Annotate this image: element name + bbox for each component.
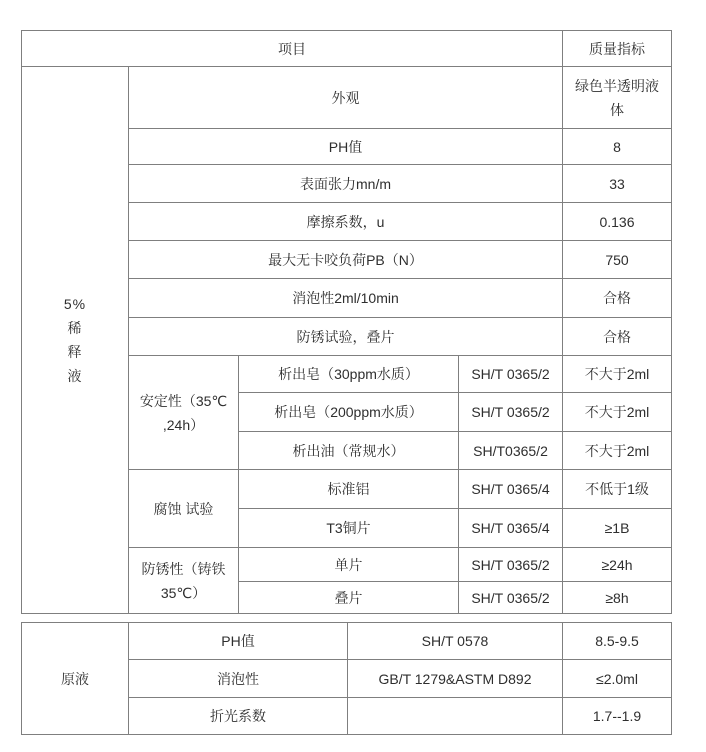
- value-cell: 不大于2ml: [563, 356, 672, 393]
- item-cell: 消泡性: [129, 660, 348, 698]
- method-cell: SH/T 0365/2: [459, 582, 563, 614]
- item-cell: PH值: [129, 623, 348, 660]
- method-cell: [348, 698, 563, 735]
- method-cell: SH/T0365/2: [459, 432, 563, 470]
- item-cell: 防锈试验，叠片: [129, 318, 563, 356]
- item-cell: PH值: [129, 129, 563, 165]
- group-label-corrosion: 腐蚀 试验: [129, 470, 239, 548]
- value-cell: ≥24h: [563, 548, 672, 582]
- item-cell: 叠片: [239, 582, 459, 614]
- group-label-dilution: 5% 稀 释 液: [22, 67, 129, 614]
- item-cell: 折光系数: [129, 698, 348, 735]
- value-cell: 不大于2ml: [563, 432, 672, 470]
- value-cell: 8: [563, 129, 672, 165]
- dilution-spec-table: 项目 质量指标 5% 稀 释 液 外观 绿色半透明液 体 PH值 8 表面张力m…: [21, 30, 672, 614]
- value-cell: 33: [563, 165, 672, 203]
- table-header-row: 项目 质量指标: [22, 31, 672, 67]
- value-cell: 1.7--1.9: [563, 698, 672, 735]
- value-cell: 不低于1级: [563, 470, 672, 509]
- item-cell: 析出油（常规水）: [239, 432, 459, 470]
- group-label-rust: 防锈性（铸铁 35℃）: [129, 548, 239, 614]
- item-cell: 摩擦系数，u: [129, 203, 563, 241]
- value-cell: 绿色半透明液 体: [563, 67, 672, 129]
- header-item: 项目: [22, 31, 563, 67]
- item-cell: T3铜片: [239, 509, 459, 548]
- method-cell: SH/T 0365/4: [459, 509, 563, 548]
- method-cell: SH/T 0365/2: [459, 548, 563, 582]
- group-label-concentrate: 原液: [22, 623, 129, 735]
- method-cell: SH/T 0365/2: [459, 393, 563, 432]
- method-cell: GB/T 1279&ASTM D892: [348, 660, 563, 698]
- value-cell: 不大于2ml: [563, 393, 672, 432]
- concentrate-spec-table: 原液 PH值 SH/T 0578 8.5-9.5 消泡性 GB/T 1279&A…: [21, 622, 672, 735]
- item-cell: 消泡性2ml/10min: [129, 279, 563, 318]
- value-cell: 0.136: [563, 203, 672, 241]
- table-row: 原液 PH值 SH/T 0578 8.5-9.5: [22, 623, 672, 660]
- method-cell: SH/T 0365/4: [459, 470, 563, 509]
- item-cell: 析出皂（200ppm水质）: [239, 393, 459, 432]
- value-cell: 8.5-9.5: [563, 623, 672, 660]
- method-cell: SH/T 0365/2: [459, 356, 563, 393]
- value-cell: 750: [563, 241, 672, 279]
- group-label-stability: 安定性（35℃ ,24h）: [129, 356, 239, 470]
- item-cell: 析出皂（30ppm水质）: [239, 356, 459, 393]
- value-cell: 合格: [563, 318, 672, 356]
- item-cell: 标准铝: [239, 470, 459, 509]
- method-cell: SH/T 0578: [348, 623, 563, 660]
- item-cell: 表面张力mn/m: [129, 165, 563, 203]
- value-cell: ≤2.0ml: [563, 660, 672, 698]
- item-cell: 最大无卡咬负荷PB（N）: [129, 241, 563, 279]
- spec-sheet: 项目 质量指标 5% 稀 释 液 外观 绿色半透明液 体 PH值 8 表面张力m…: [21, 30, 671, 735]
- table-row: 5% 稀 释 液 外观 绿色半透明液 体: [22, 67, 672, 129]
- header-index: 质量指标: [563, 31, 672, 67]
- item-cell: 外观: [129, 67, 563, 129]
- value-cell: 合格: [563, 279, 672, 318]
- value-cell: ≥8h: [563, 582, 672, 614]
- item-cell: 单片: [239, 548, 459, 582]
- value-cell: ≥1B: [563, 509, 672, 548]
